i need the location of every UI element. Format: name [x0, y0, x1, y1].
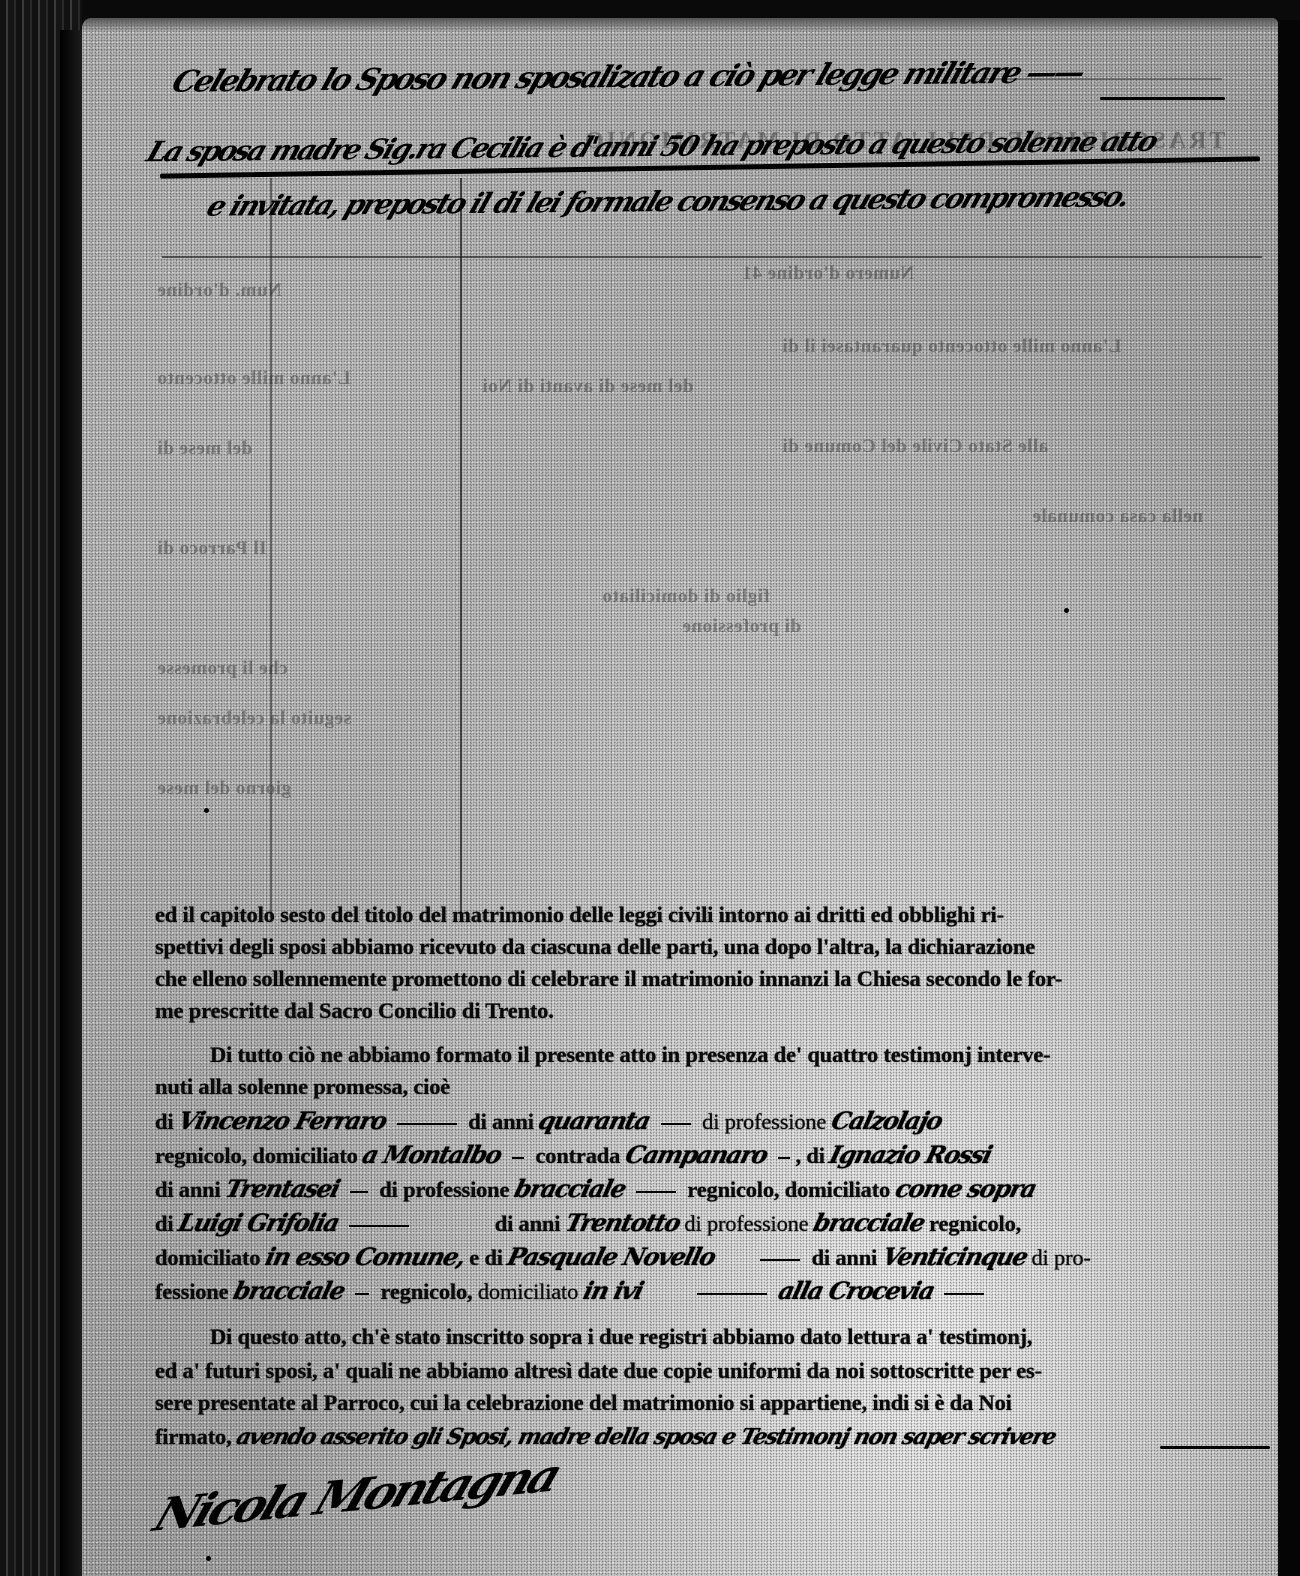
ink-speck: [204, 808, 209, 813]
print-line: che elleno sollennemente promettono di c…: [155, 964, 1062, 994]
dash: [760, 1259, 800, 1261]
bleed-through-line: del mese di avanti di Noi: [482, 376, 693, 398]
print-line: ed il capitolo sesto del titolo del matr…: [155, 900, 1004, 930]
ink-speck: [1064, 608, 1069, 613]
print-line: nuti alla solenne promessa, cioè: [155, 1072, 450, 1102]
witness-4-age: Venticinque: [879, 1242, 1030, 1272]
print-line: Di tutto ciò ne abbiamo formato il prese…: [210, 1040, 1050, 1070]
label: e di: [469, 1245, 503, 1270]
dash: [661, 1123, 691, 1125]
dash: [778, 1157, 790, 1159]
book-edge-right: [1278, 20, 1300, 1576]
label: domiciliato: [785, 1177, 890, 1202]
witness-1-street: Campanaro: [622, 1140, 770, 1170]
dash: [944, 1293, 984, 1295]
header-rule: [162, 256, 1262, 258]
bleed-through-line: nella casa comunale: [1032, 506, 1203, 528]
witness-1-name: Vincenzo Ferraro: [175, 1106, 389, 1136]
dash: [697, 1293, 767, 1295]
label: domiciliato: [478, 1279, 578, 1304]
dash: [397, 1123, 457, 1125]
label: di anni: [495, 1211, 561, 1236]
ink-speck: [206, 1556, 211, 1561]
witness-2-age: Trentasei: [222, 1174, 342, 1204]
bleed-through-margin: Il Parroco di: [157, 538, 267, 560]
closing-handwritten-note: avendo asserito gli Sposi, madre della s…: [233, 1422, 1059, 1452]
dash: [355, 1293, 369, 1295]
print-line: me prescritte dal Sacro Concilio di Tren…: [155, 996, 554, 1026]
print-line: spettivi degli sposi abbiamo ricevuto da…: [155, 932, 1035, 962]
witness-3-age: Trentotto: [562, 1208, 683, 1238]
witness-2-name: Ignazio Rossi: [826, 1140, 994, 1170]
bleed-through-margin: del mese di: [157, 438, 252, 460]
witness-4-line: fessione bracciale regnicolo, domiciliat…: [155, 1276, 990, 1306]
witness-1-line: di Vincenzo Ferraro di anni quaranta di …: [155, 1106, 941, 1136]
label: di professione: [379, 1177, 509, 1202]
witness-4-name: Pasquale Novello: [505, 1242, 719, 1272]
label: di: [155, 1109, 173, 1134]
bleed-through-line: alle Stato Civile del Comune di: [782, 436, 1048, 458]
label: firmato,: [155, 1424, 232, 1449]
witness-3-domicile: in esso Comune,: [262, 1242, 468, 1272]
label: di: [155, 1211, 173, 1236]
column-rule-center: [460, 178, 462, 918]
note-underline: [1100, 97, 1225, 100]
witness-1-domicile: a Montalbo: [359, 1140, 504, 1170]
bleed-through-margin: giorno del mese: [157, 778, 291, 800]
label: contrada: [535, 1143, 620, 1168]
witness-3-name: Luigi Grifolia: [175, 1208, 342, 1238]
witness-4-street: alla Crocevia: [775, 1276, 937, 1306]
label: di: [806, 1143, 824, 1168]
witness-3-line-2: domiciliato in esso Comune, e di Pasqual…: [155, 1242, 1091, 1272]
label: di anni: [812, 1245, 878, 1270]
bleed-through-line: Numero d'ordine 41: [742, 263, 914, 285]
label: regnicolo,: [380, 1279, 472, 1304]
bleed-through-margin: Num. d'ordine: [157, 280, 282, 302]
witness-2-line: di anni Trentasei di professione braccia…: [155, 1174, 1035, 1204]
witness-2-profession: bracciale: [511, 1174, 628, 1204]
label: regnicolo,: [687, 1177, 779, 1202]
bleed-through-line: di professione: [682, 616, 801, 638]
bleed-through-margin: L'anno mille ottocento: [157, 368, 351, 390]
witness-1-line-2: regnicolo, domiciliato a Montalbo contra…: [155, 1140, 991, 1170]
witness-1-age: quaranta: [535, 1106, 653, 1136]
witness-4-domicile: in ivi: [580, 1276, 646, 1306]
dash: [349, 1225, 409, 1227]
page-top-edge: [82, 18, 1278, 32]
witness-4-profession: bracciale: [230, 1276, 347, 1306]
bleed-through-margin: che li promesse: [157, 658, 288, 680]
label: fessione: [155, 1279, 228, 1304]
print-line: Di questo atto, ch'è stato inscritto sop…: [210, 1322, 1032, 1352]
label: di anni: [468, 1109, 534, 1134]
witness-2-domicile: come sopra: [892, 1174, 1039, 1204]
print-line: ed a' futuri sposi, a' quali ne abbiamo …: [155, 1356, 1042, 1386]
print-line-final: firmato, avendo asserito gli Sposi, madr…: [155, 1422, 1055, 1452]
label: regnicolo,: [929, 1211, 1021, 1236]
bleed-through-line: figlio di domiciliato: [602, 586, 770, 608]
print-line: sere presentate al Parroco, cui la celeb…: [155, 1388, 1012, 1418]
dash: [512, 1157, 524, 1159]
label: di professione: [684, 1211, 808, 1236]
bleed-through-margin: seguito la celebrazione: [157, 708, 351, 730]
witness-1-profession: Calzolajo: [828, 1106, 945, 1136]
witness-3-line: di Luigi Grifolia di anni Trentotto di p…: [155, 1208, 1021, 1238]
bleed-through-line: L'anno mille ottocento quarantasei il di: [782, 336, 1121, 358]
witness-3-profession: bracciale: [810, 1208, 927, 1238]
closing-underline: [1160, 1446, 1270, 1449]
label: regnicolo,: [155, 1143, 247, 1168]
label: di anni: [155, 1177, 221, 1202]
label: domiciliato: [252, 1143, 357, 1168]
label: di pro-: [1032, 1245, 1091, 1270]
label: di professione: [702, 1109, 826, 1134]
dash: [636, 1191, 676, 1193]
dash: [350, 1191, 368, 1193]
label: domiciliato: [155, 1245, 260, 1270]
